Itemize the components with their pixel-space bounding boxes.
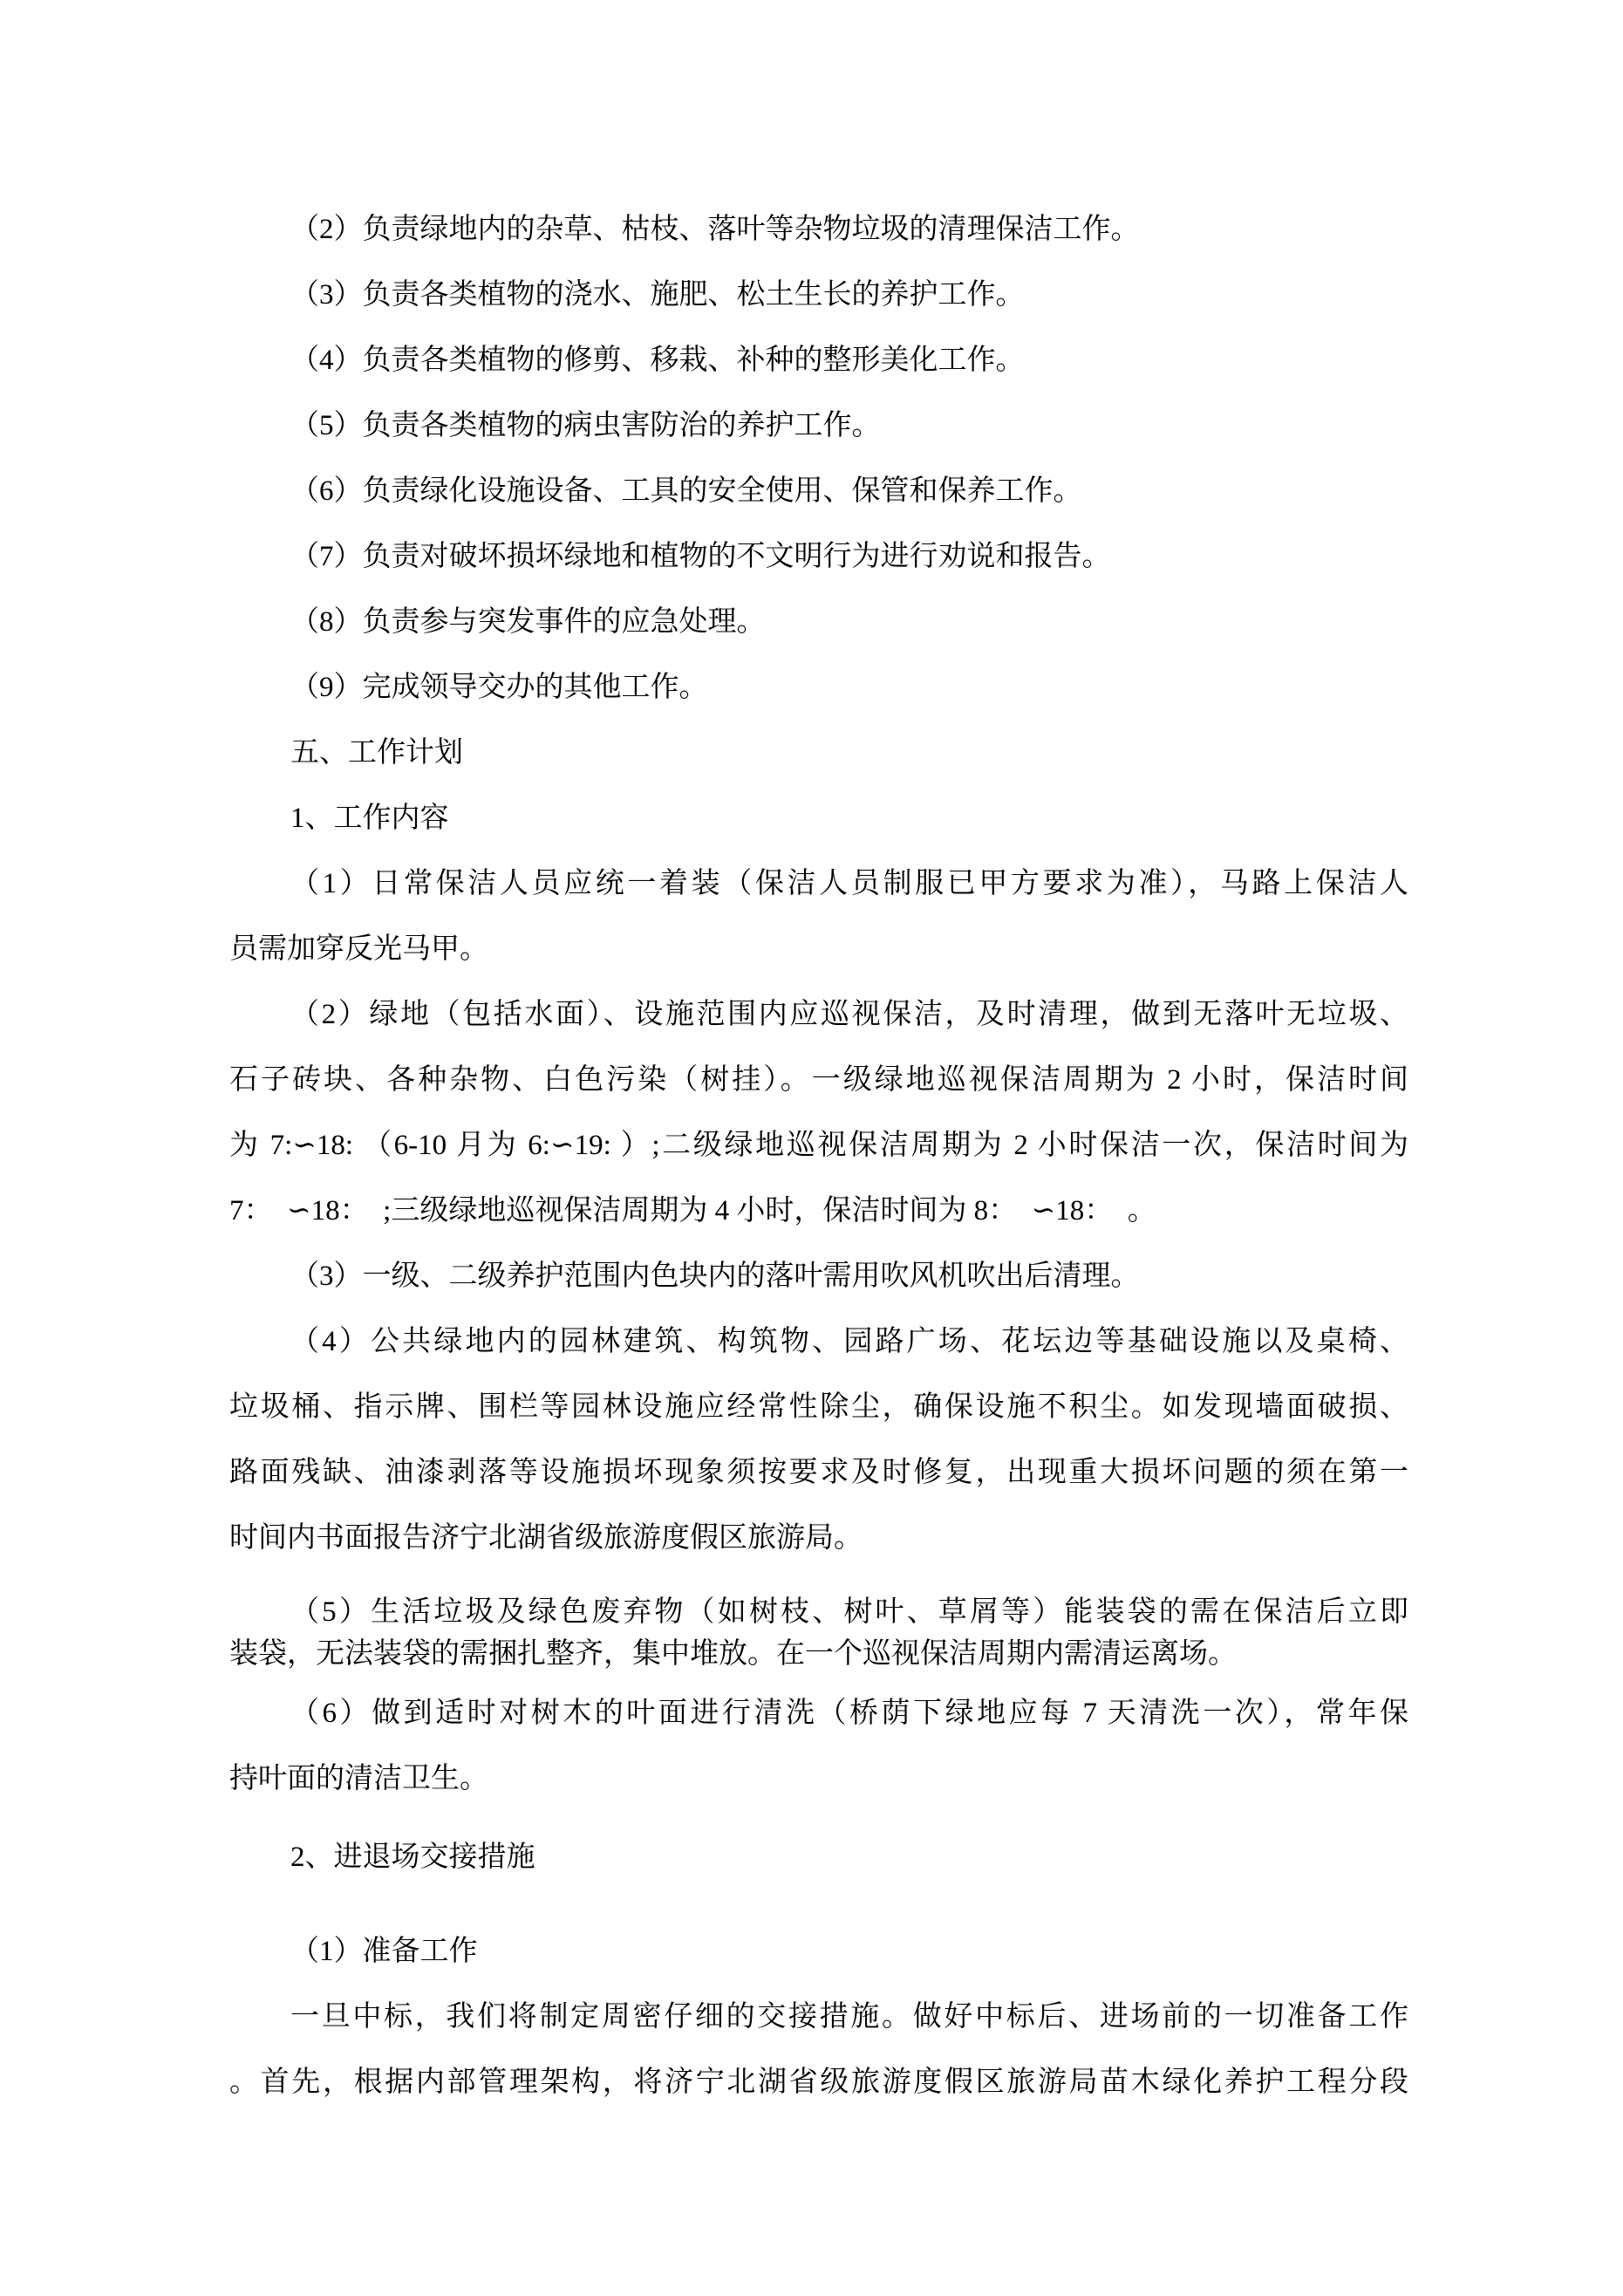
text-line: 员需加穿反光马甲。 xyxy=(229,917,1408,982)
text-line: 路面残缺、油漆剥落等设施损坏现象须按要求及时修复，出现重大损坏问题的须在第一 xyxy=(229,1440,1408,1506)
text-line: （3）一级、二级养护范围内色块内的落叶需用吹风机吹出后清理。 xyxy=(229,1244,1408,1309)
text-line: （2）负责绿地内的杂草、枯枝、落叶等杂物垃圾的清理保洁工作。 xyxy=(229,197,1408,263)
text-line: （5）生活垃圾及绿色废弃物（如树枝、树叶、草屑等）能装袋的需在保洁后立即 xyxy=(229,1591,1408,1633)
text-line: （1）日常保洁人员应统一着装（保洁人员制服已甲方要求为准），马路上保洁人 xyxy=(229,851,1408,917)
text-line: （8）负责参与突发事件的应急处理。 xyxy=(229,590,1408,655)
text-line: 7： ∽18： ;三级绿地巡视保洁周期为 4 小时，保洁时间为 8： ∽18： … xyxy=(229,1179,1408,1244)
text-line: 一旦中标，我们将制定周密仔细的交接措施。做好中标后、进场前的一切准备工作 xyxy=(229,1985,1408,2050)
text-line: 持叶面的清洁卫生。 xyxy=(229,1746,1408,1812)
text-line: （9）完成领导交办的其他工作。 xyxy=(229,655,1408,721)
text-line: （4）负责各类植物的修剪、移栽、补种的整形美化工作。 xyxy=(229,328,1408,393)
text-line: （6）做到适时对树木的叶面进行清洗（桥荫下绿地应每 7 天清洗一次），常年保 xyxy=(229,1681,1408,1746)
section-heading: 2、进退场交接措施 xyxy=(229,1825,1408,1890)
text-line: 装袋，无法装袋的需捆扎整齐，集中堆放。在一个巡视保洁周期内需清运离场。 xyxy=(229,1633,1408,1675)
document-body: （2）负责绿地内的杂草、枯枝、落叶等杂物垃圾的清理保洁工作。（3）负责各类植物的… xyxy=(229,197,1408,2115)
document-page: （2）负责绿地内的杂草、枯枝、落叶等杂物垃圾的清理保洁工作。（3）负责各类植物的… xyxy=(0,0,1623,2296)
text-line: （3）负责各类植物的浇水、施肥、松土生长的养护工作。 xyxy=(229,263,1408,328)
text-line: 为 7:∽18: （6-10 月为 6:∽19: ）;二级绿地巡视保洁周期为 2… xyxy=(229,1113,1408,1179)
text-line: 垃圾桶、指示牌、围栏等园林设施应经常性除尘，确保设施不积尘。如发现墙面破损、 xyxy=(229,1375,1408,1440)
text-line: 时间内书面报告济宁北湖省级旅游度假区旅游局。 xyxy=(229,1506,1408,1571)
text-line: （6）负责绿化设施设备、工具的安全使用、保管和保养工作。 xyxy=(229,459,1408,524)
section-heading: （1）准备工作 xyxy=(229,1919,1408,1985)
text-line: 石子砖块、各种杂物、白色污染（树挂）。一级绿地巡视保洁周期为 2 小时，保洁时间 xyxy=(229,1048,1408,1113)
text-line: （7）负责对破坏损坏绿地和植物的不文明行为进行劝说和报告。 xyxy=(229,524,1408,590)
section-heading: 1、工作内容 xyxy=(229,786,1408,851)
text-line: （2）绿地（包括水面）、设施范围内应巡视保洁，及时清理，做到无落叶无垃圾、 xyxy=(229,982,1408,1048)
text-line: （4）公共绿地内的园林建筑、构筑物、园路广场、花坛边等基础设施以及桌椅、 xyxy=(229,1309,1408,1375)
text-line: 。首先，根据内部管理架构，将济宁北湖省级旅游度假区旅游局苗木绿化养护工程分段 xyxy=(229,2050,1408,2115)
section-heading: 五、工作计划 xyxy=(229,721,1408,786)
text-line: （5）负责各类植物的病虫害防治的养护工作。 xyxy=(229,393,1408,459)
